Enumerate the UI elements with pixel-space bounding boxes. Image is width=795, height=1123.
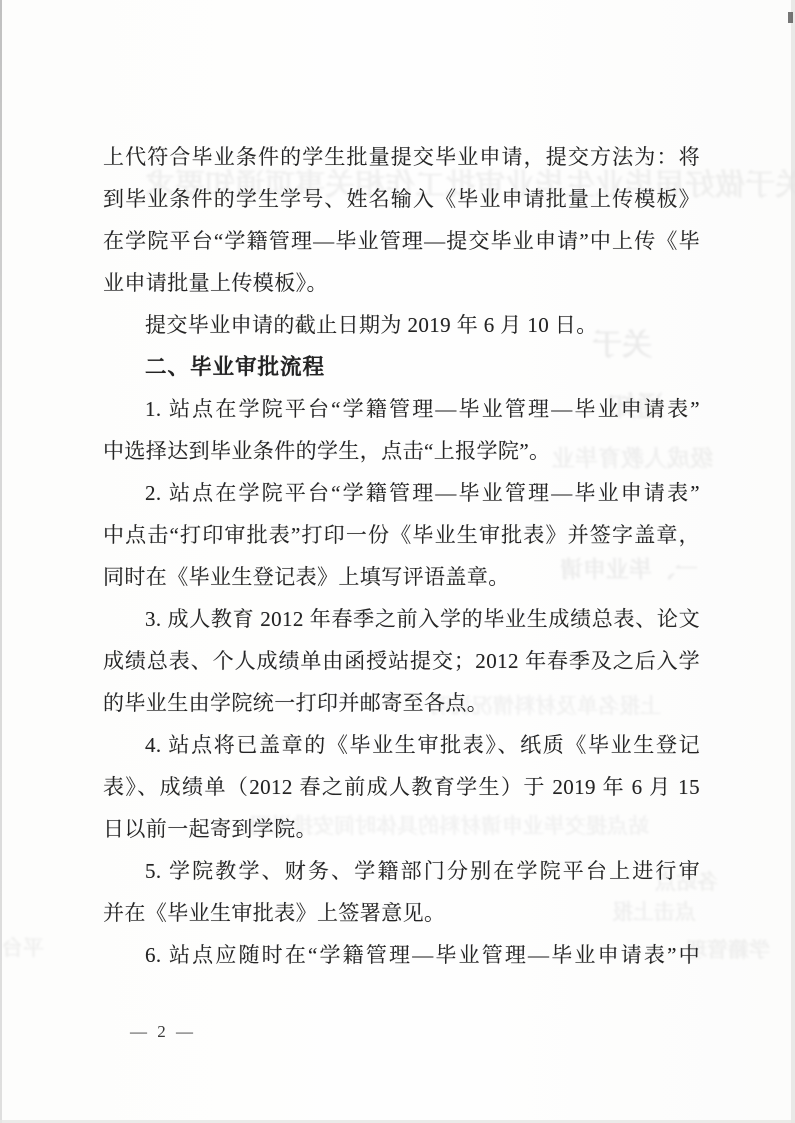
page-number: — 2 — — [130, 1022, 196, 1042]
scan-edge-right-shadow — [791, 0, 795, 1123]
scanned-page: 关于做好届毕业生毕业审批工作相关事项通知要求关于通知级成人教育毕业一、毕业申请上… — [0, 0, 795, 1123]
bleedthrough-text: 平台 — [2, 932, 44, 962]
text-line: 1. 站点在学院平台“学籍管理—毕业管理—毕业申请表” — [103, 388, 700, 430]
text-line: 同时在《毕业生登记表》上填写评语盖章。 — [103, 556, 700, 598]
section-heading: 二、毕业审批流程 — [103, 346, 700, 388]
scan-corner-mark — [788, 12, 793, 23]
text-line: 5. 学院教学、财务、学籍部门分别在学院平台上进行审核， — [103, 850, 700, 892]
text-line: 业申请批量上传模板》。 — [103, 262, 700, 304]
text-line: 3. 成人教育 2012 年春季之前入学的毕业生成绩总表、论文 — [103, 598, 700, 640]
text-line: 日以前一起寄到学院。 — [103, 808, 700, 850]
text-line: 成绩总表、个人成绩单由函授站提交；2012 年春季及之后入学 — [103, 640, 700, 682]
text-line: 上代符合毕业条件的学生批量提交毕业申请，提交方法为：将达 — [103, 136, 700, 178]
text-line: 到毕业条件的学生学号、姓名输入《毕业申请批量上传模板》并 — [103, 178, 700, 220]
text-line: 在学院平台“学籍管理—毕业管理—提交毕业申请”中上传《毕 — [103, 220, 700, 262]
text-line: 提交毕业申请的截止日期为 2019 年 6 月 10 日。 — [103, 304, 700, 346]
text-line: 2. 站点在学院平台“学籍管理—毕业管理—毕业申请表” — [103, 472, 700, 514]
text-line: 表》、成绩单（2012 春之前成人教育学生）于 2019 年 6 月 15 — [103, 766, 700, 808]
text-line: 中点击“打印审批表”打印一份《毕业生审批表》并签字盖章， — [103, 514, 700, 556]
text-line: 的毕业生由学院统一打印并邮寄至各点。 — [103, 682, 700, 724]
text-line: 6. 站点应随时在“学籍管理—毕业管理—毕业申请表”中 — [103, 934, 700, 976]
text-line: 中选择达到毕业条件的学生，点击“上报学院”。 — [103, 430, 700, 472]
document-body: 上代符合毕业条件的学生批量提交毕业申请，提交方法为：将达到毕业条件的学生学号、姓… — [103, 136, 700, 976]
scan-edge-left-line — [0, 0, 2, 1123]
text-line: 并在《毕业生审批表》上签署意见。 — [103, 892, 700, 934]
text-line: 4. 站点将已盖章的《毕业生审批表》、纸质《毕业生登记 — [103, 724, 700, 766]
